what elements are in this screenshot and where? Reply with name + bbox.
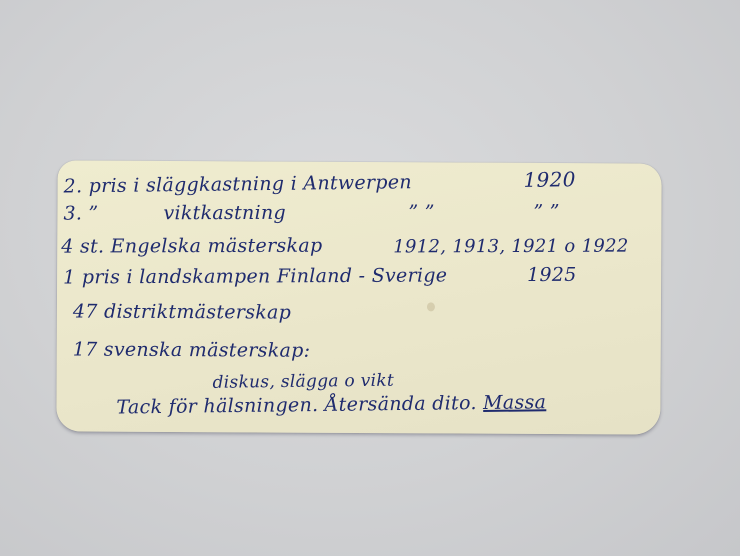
line-text: 1 pris i landskampen Finland - Sverige — [63, 264, 447, 288]
signature: Massa — [483, 391, 546, 414]
line-events-list: diskus, slägga o vikt — [212, 371, 394, 393]
line-finland-sweden-match: 1 pris i landskampen Finland - Sverige 1… — [63, 264, 447, 288]
line-english-championships: 4 st. Engelska mästerskap 1912, 1913, 19… — [61, 235, 322, 258]
year: 1925 — [527, 264, 577, 286]
line-weight-throw: 3. ” viktkastning ” ” ” ” — [63, 202, 98, 224]
year: 1920 — [523, 167, 575, 192]
line-prefix: 3. ” — [63, 202, 98, 224]
line-text: Tack för hälsningen. Återsända dito. — [116, 392, 477, 418]
line-swedish-championships: 17 svenska mästerskap: — [73, 339, 311, 362]
note-card: 2. pris i släggkastning i Antwerpen 1920… — [56, 160, 661, 434]
line-olympic-hammer-throw: 2. pris i släggkastning i Antwerpen 1920 — [63, 171, 412, 197]
line-text: 2. pris i släggkastning i Antwerpen — [63, 171, 412, 197]
ditto-mark: ” ” — [533, 201, 559, 223]
ditto-mark: ” ” — [408, 201, 434, 223]
years: 1912, 1913, 1921 o 1922 — [393, 236, 628, 258]
line-text: 17 svenska mästerskap: — [73, 339, 311, 362]
line-district-championships: 47 distriktmästerskap — [73, 301, 291, 324]
line-closing-signature: Tack för hälsningen. Återsända dito. Mas… — [116, 391, 546, 418]
line-text: diskus, slägga o vikt — [212, 371, 394, 393]
line-text: 47 distriktmästerskap — [73, 301, 291, 324]
line-text: viktkastning — [163, 202, 286, 224]
line-text: 4 st. Engelska mästerskap — [61, 235, 322, 258]
